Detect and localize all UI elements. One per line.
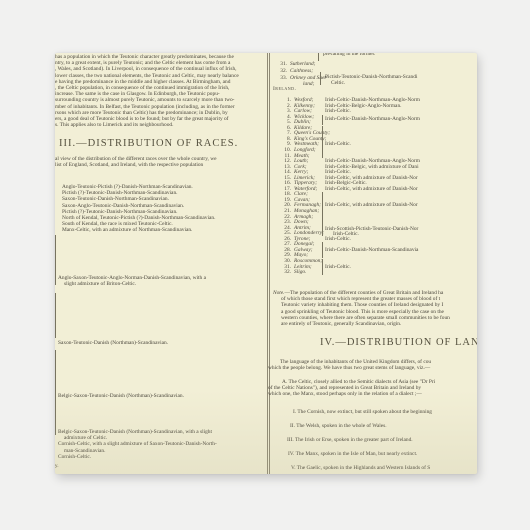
document-page: has a population in which the Teutonic c… xyxy=(55,53,477,474)
brace-line xyxy=(322,220,323,236)
brace-line xyxy=(318,53,319,61)
race-group-2: Saxon-Teutonic-Danish (Northman)-Scandin… xyxy=(58,340,168,346)
brace-line xyxy=(322,126,323,159)
brace-line xyxy=(55,293,56,338)
text-line: lower classes, the two national elements… xyxy=(55,73,263,79)
language-entry: V. The Gaelic, spoken in the Highlands a… xyxy=(291,465,430,471)
county-name: Sligo. xyxy=(294,269,306,275)
county-entry: 32.Sligo. xyxy=(277,269,306,275)
language-entry: III. The Irish or Erse, spoken in the gr… xyxy=(287,437,413,443)
race-entry: slight admixture of Briton-Celtic. xyxy=(58,281,206,287)
race-entry: Irish-Celtic. xyxy=(325,141,351,147)
left-column: has a population in which the Teutonic c… xyxy=(55,53,263,474)
intro-paragraph: has a population in which the Teutonic c… xyxy=(55,54,263,128)
race-entry: Belgic-Saxon-Teutonic-Danish (Northman)-… xyxy=(58,393,184,399)
county-name: Caithness; xyxy=(290,68,313,74)
race-entry: Celtic. xyxy=(331,80,345,86)
race-entry: Manx-Celtic, with an admixture of Northm… xyxy=(62,227,215,233)
language-entry: IV. The Manx, spoken in the Isle of Man,… xyxy=(288,451,417,457)
language-entry: II. The Welsh, spoken in the whole of Wa… xyxy=(290,423,387,429)
race-entry: Irish-Celtic-Danish-Northman-Anglo-Norm xyxy=(325,116,420,122)
column-divider xyxy=(267,53,270,474)
race-entry: Cornish-Celtic. xyxy=(58,454,217,460)
text-line: are entirely of Teutonic, generally Scan… xyxy=(273,321,477,327)
note-paragraph: Note.—The population of the different co… xyxy=(273,290,477,327)
section-heading-races: III.—DISTRIBUTION OF RACES. xyxy=(59,138,238,149)
brace-line xyxy=(322,259,323,275)
section-heading-languages: IV.—DISTRIBUTION OF LANGUA xyxy=(320,337,477,348)
county-name-cont: land; xyxy=(303,81,314,87)
race-group-3: Belgic-Saxon-Teutonic-Danish (Northman)-… xyxy=(58,393,184,399)
county-entry: 32.Caithness; xyxy=(273,68,313,74)
race-entry: Irish-Celtic. xyxy=(325,108,351,114)
language-entry: I. The Cornish, now extinct, but still s… xyxy=(293,409,432,415)
text-line: , Wales, and Scotland). In Liverpool, in… xyxy=(55,66,263,72)
brace-line xyxy=(55,235,56,285)
brace-line xyxy=(320,72,321,85)
race-entry: Irish-Celtic-Danish-Northman-Scandinavia xyxy=(325,247,418,253)
race-entry: Irish-Celtic. xyxy=(325,264,351,270)
text-line: which one, the Manx, stood perhaps only … xyxy=(268,391,435,397)
text-line: s. This applies also to Limerick and its… xyxy=(55,122,263,128)
race-entry: Irish-Celtic, with admixture of Danish-N… xyxy=(325,186,418,192)
race-entry: Irish-Celtic, with admixture of Danish-N… xyxy=(325,202,418,208)
race-list: Anglo-Teutonic-Pictish (?)-Danish-Northm… xyxy=(62,184,215,234)
text-line: list of England, Scotland, and Ireland, … xyxy=(55,162,263,168)
brace-line xyxy=(55,350,56,435)
race-group-1: Anglo-Saxon-Teutonic-Anglo-Norman-Danish… xyxy=(58,275,206,287)
text-line: mber of inhabitants. In Belfast, the Teu… xyxy=(55,104,263,110)
county-number: 32. xyxy=(273,68,287,74)
brace-line xyxy=(322,192,323,219)
text-line: which the people belong. We have thus tw… xyxy=(268,365,431,371)
footer-note: Teutonic subvariety. xyxy=(55,463,59,469)
county-entry: 31.Sutherland; xyxy=(273,61,315,67)
celtic-paragraph: A. The Celtic, closely allied to the Sem… xyxy=(268,379,435,398)
section-intro-races: al view of the distribution of the diffe… xyxy=(55,156,263,168)
race-entry: Saxon-Teutonic-Danish (Northman)-Scandin… xyxy=(58,340,168,346)
race-entry: Cornish-Celtic, with a slight admixture … xyxy=(58,441,217,447)
ireland-label: Ireland. xyxy=(273,86,296,92)
brace-line xyxy=(322,115,323,126)
top-partial-text: prevailing in the former. xyxy=(323,53,375,57)
race-group-4: Belgic-Saxon-Teutonic-Danish (Northman)-… xyxy=(58,429,217,460)
county-number: 31. xyxy=(273,61,287,67)
county-number: 32. xyxy=(277,269,291,275)
brace-line xyxy=(322,242,323,258)
right-column: prevailing in the former. 31.Sutherland;… xyxy=(273,53,477,474)
text-line: surrounding country is almost purely Teu… xyxy=(55,97,263,103)
languages-intro: The language of the inhabitants of the U… xyxy=(268,359,431,371)
county-name: Sutherland; xyxy=(290,61,315,67)
race-entry: Irish-Celtic. xyxy=(325,236,351,242)
county-number: 33. xyxy=(273,75,287,81)
